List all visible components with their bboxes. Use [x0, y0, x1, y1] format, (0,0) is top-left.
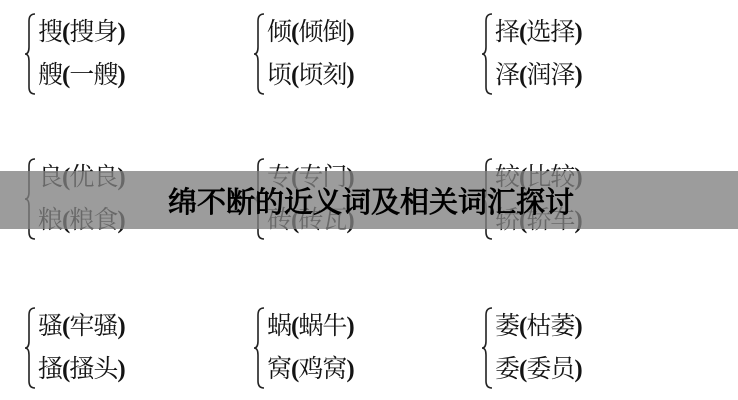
example-word: 蜗牛	[298, 311, 346, 340]
example-word: 鸡窝	[298, 354, 346, 383]
word-line: 择(选择)	[495, 13, 582, 52]
example-word: 倾倒	[298, 17, 346, 46]
curly-brace-icon	[481, 13, 493, 95]
character: 骚	[38, 311, 62, 340]
character: 蜗	[267, 311, 291, 340]
word-group-sao: 骚(牢骚) 搔(搔头)	[24, 307, 125, 389]
example-word: 枯萎	[526, 311, 574, 340]
word-line: 倾(倾倒)	[267, 13, 354, 52]
example-word: 搔头	[69, 354, 117, 383]
curly-brace-icon	[24, 13, 36, 95]
curly-brace-icon	[253, 307, 265, 389]
word-group-ze: 择(选择) 泽(润泽)	[481, 13, 582, 95]
word-line: 骚(牢骚)	[38, 307, 125, 346]
character: 泽	[495, 60, 519, 89]
character: 萎	[495, 311, 519, 340]
example-word: 搜身	[69, 17, 117, 46]
curly-brace-icon	[481, 307, 493, 389]
curly-brace-icon	[24, 307, 36, 389]
word-group-wei: 萎(枯萎) 委(委员)	[481, 307, 582, 389]
character: 窝	[267, 354, 291, 383]
word-line: 顷(顷刻)	[267, 56, 354, 95]
word-line: 艘(一艘)	[38, 56, 125, 95]
character: 委	[495, 354, 519, 383]
word-line: 蜗(蜗牛)	[267, 307, 354, 346]
word-line: 委(委员)	[495, 350, 582, 389]
word-group-sou: 搜(搜身) 艘(一艘)	[24, 13, 125, 95]
word-line: 窝(鸡窝)	[267, 350, 354, 389]
example-word: 选择	[526, 17, 574, 46]
character: 择	[495, 17, 519, 46]
character: 艘	[38, 60, 62, 89]
character: 搜	[38, 17, 62, 46]
example-word: 一艘	[69, 60, 117, 89]
curly-brace-icon	[253, 13, 265, 95]
character: 搔	[38, 354, 62, 383]
word-line: 搔(搔头)	[38, 350, 125, 389]
word-line: 萎(枯萎)	[495, 307, 582, 346]
word-line: 搜(搜身)	[38, 13, 125, 52]
character: 倾	[267, 17, 291, 46]
word-group-wo: 蜗(蜗牛) 窝(鸡窝)	[253, 307, 354, 389]
example-word: 委员	[526, 354, 574, 383]
example-word: 牢骚	[69, 311, 117, 340]
example-word: 润泽	[526, 60, 574, 89]
character: 顷	[267, 60, 291, 89]
page-title: 绵不断的近义词及相关词汇探讨	[0, 171, 738, 229]
word-group-qing: 倾(倾倒) 顷(顷刻)	[253, 13, 354, 95]
example-word: 顷刻	[298, 60, 346, 89]
word-line: 泽(润泽)	[495, 56, 582, 95]
